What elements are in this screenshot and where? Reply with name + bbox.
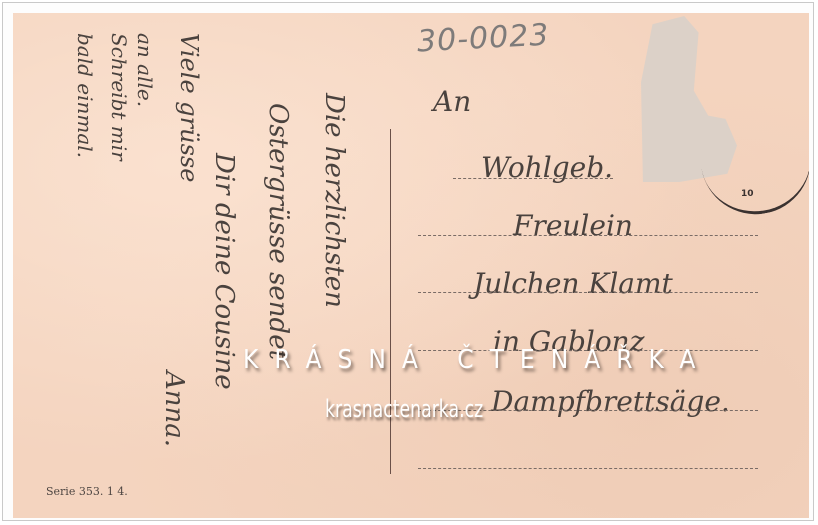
- image-frame: 30-0023 10 An Wohlgeb. Freulein Julchen …: [2, 2, 814, 521]
- message-line: Ostergrüsse sendet: [263, 103, 293, 360]
- address-rule: [453, 178, 613, 179]
- postmark-text: 10: [741, 189, 754, 199]
- address-line-2: Wohlgeb.: [481, 151, 613, 184]
- watermark-title: KRÁSNÁ ČTENÁŘKA: [243, 345, 711, 375]
- archive-number: 30-0023: [416, 18, 550, 60]
- postcard: 30-0023 10 An Wohlgeb. Freulein Julchen …: [13, 13, 809, 518]
- address-line-1: An: [433, 85, 471, 118]
- series-label: Serie 353. 1 4.: [46, 485, 128, 498]
- watermark-url: krasnactenarka.cz: [325, 395, 483, 423]
- message-line: Viele grüsse: [175, 33, 203, 182]
- message-line: Dir deine Cousine: [209, 153, 239, 390]
- message-line: an alle.: [133, 33, 157, 107]
- postmark-icon: [697, 122, 809, 223]
- address-rule: [418, 292, 758, 293]
- address-rule: [418, 468, 758, 469]
- address-rule: [418, 235, 758, 236]
- message-line: bald einmal.: [73, 33, 97, 158]
- address-line-3: Freulein: [513, 209, 633, 242]
- message-line: Die herzlichsten: [319, 93, 349, 308]
- address-line-4: Julchen Klamt: [473, 267, 673, 300]
- signature: Anna.: [159, 371, 189, 447]
- message-line: Schreibt mir: [107, 33, 131, 161]
- address-line-6: Dampfbrettsäge.: [491, 385, 730, 418]
